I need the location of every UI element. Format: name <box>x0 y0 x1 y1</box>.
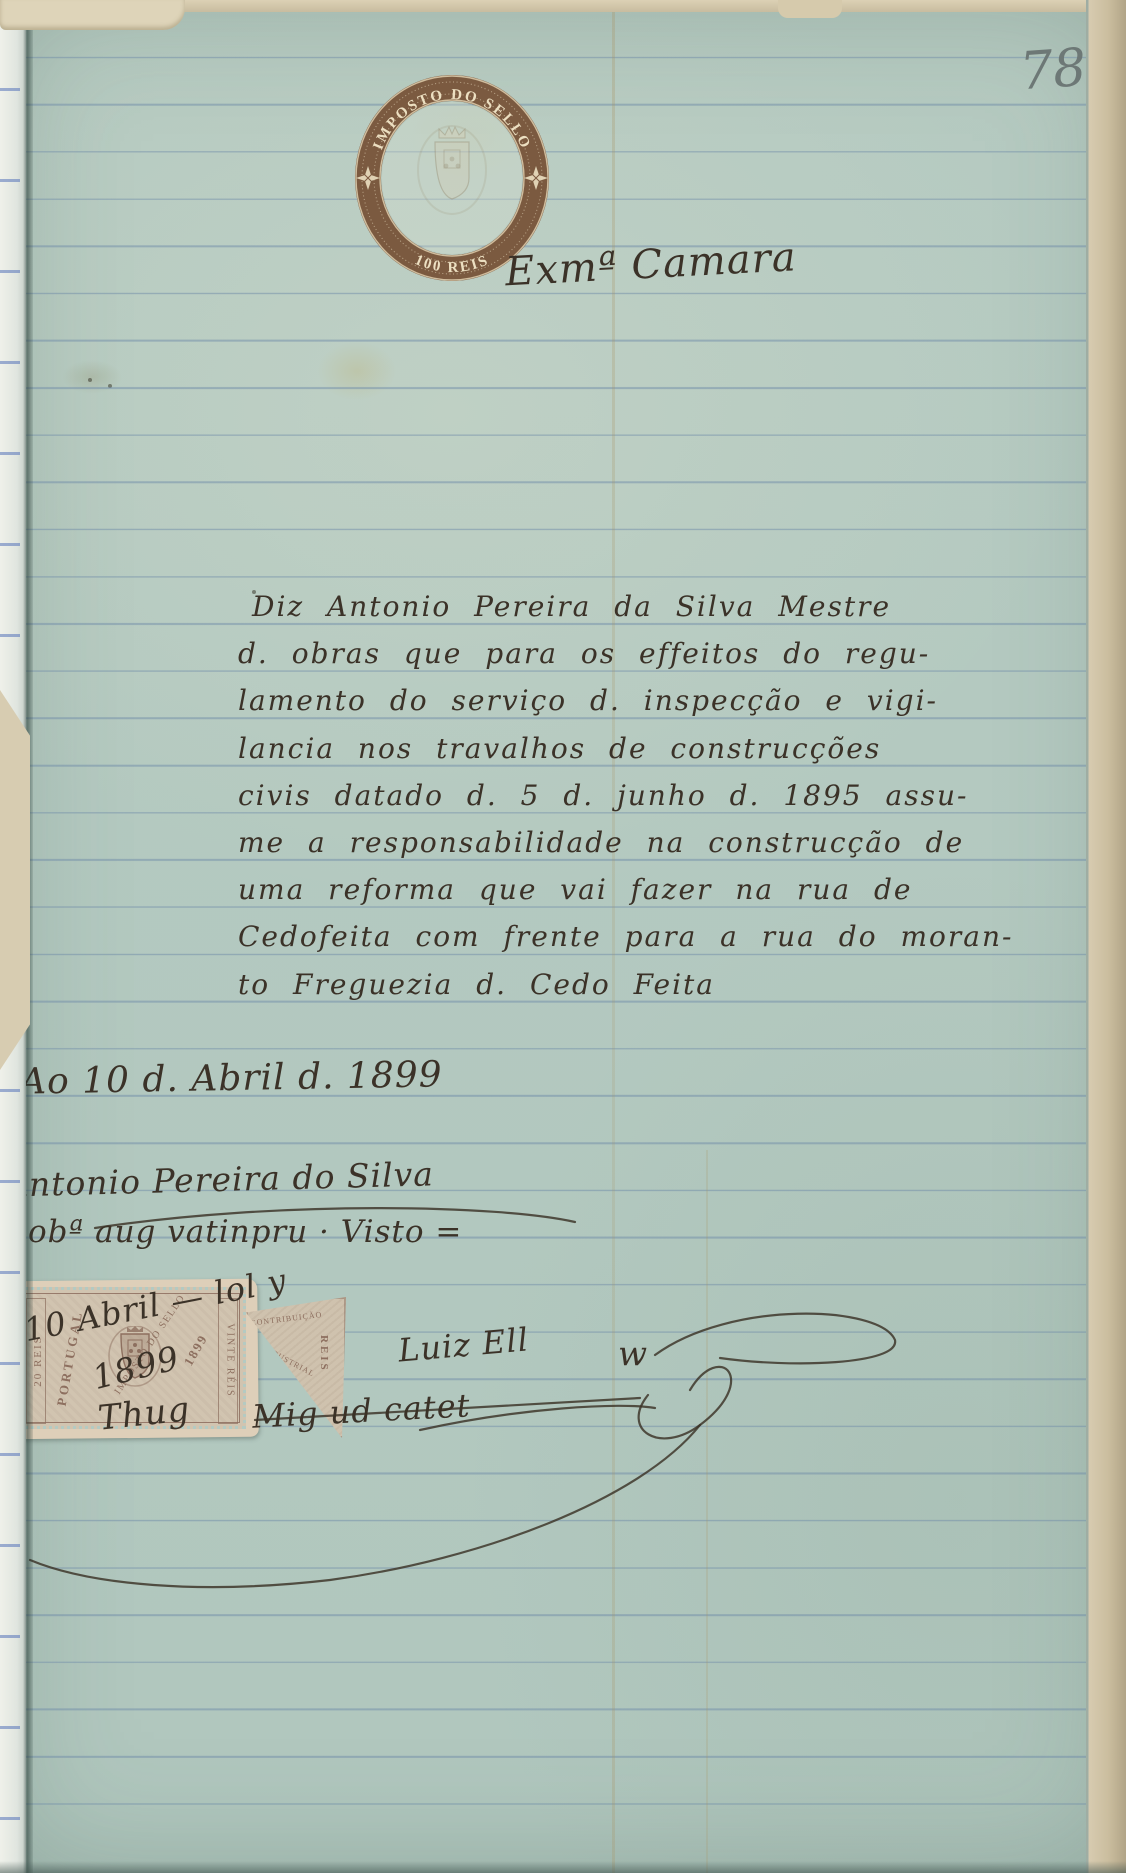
body-line: me a responsabilidade na construcção de <box>238 819 1090 866</box>
flourish-strike-1 <box>255 1398 640 1420</box>
body-line: Cedofeita com frente para a rua do moran… <box>238 913 1090 960</box>
body-line: to Freguezia d. Cedo Feita <box>238 961 1090 1008</box>
folio-number: 78 <box>1018 38 1088 102</box>
top-page-edge-corner <box>0 0 185 30</box>
body-line: lamento do serviço d. inspecção e vigi- <box>238 677 1090 724</box>
bottom-shadow-edge <box>0 1861 1126 1873</box>
body-line: d. obras que para os effeitos do regu- <box>238 630 1090 677</box>
body-line: uma reforma que vai fazer na rua de <box>238 866 1090 913</box>
binding-paper-wedge <box>0 690 30 1070</box>
right-page-edge <box>1086 0 1126 1873</box>
annotation-swash <box>95 1208 575 1228</box>
flourish-loop-a <box>655 1314 895 1364</box>
body-paragraph: Diz Antonio Pereira da Silva Mestre d. o… <box>238 583 1090 1008</box>
flourish-sweep <box>30 1425 700 1587</box>
signature-flourishes <box>0 1180 1126 1680</box>
body-line: Diz Antonio Pereira da Silva Mestre <box>238 583 1090 630</box>
manuscript-page: IMPOSTO DO SELLO 100 REIS 78 Exmª Camara… <box>0 0 1126 1873</box>
body-line: lancia nos travalhos de construcções <box>238 725 1090 772</box>
flourish-loop-b <box>639 1367 731 1439</box>
body-line: civis datado d. 5 d. junho d. 1895 assu- <box>238 772 1090 819</box>
top-page-edge-tab <box>778 0 842 18</box>
date-line: Ao 10 d. Abril d. 1899 <box>20 1054 443 1102</box>
